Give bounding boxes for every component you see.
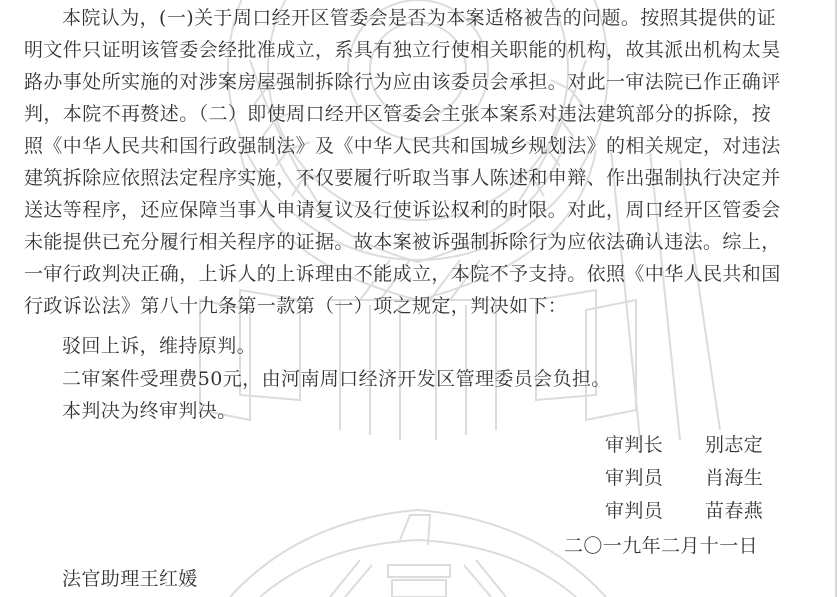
judge-assistant: 法官助理王红媛 [62, 568, 198, 590]
document-page: 本院认为，(一)关于周口经开区管委会是否为本案适格被告的问题。按照其提供的证 明… [0, 0, 837, 597]
body-line: 判，本院不再赘述。（二）即使周口经开区管委会主张本案系对违法建筑部分的拆除，按 [24, 103, 771, 125]
body-line: 路办事处所实施的对涉案房屋强制拆除行为应由该委员会承担。对此一审法院已作正确评 [24, 71, 781, 93]
signature-name: 苗春燕 [705, 500, 763, 522]
judgment-date: 二〇一九年二月十一日 [564, 535, 758, 557]
ruling-line: 二审案件受理费50元，由河南周口经济开发区管理委员会负担。 [62, 368, 611, 390]
body-line: 一审行政判决正确，上诉人的上诉理由不能成立，本院不予支持。依照《中华人民共和国 [24, 263, 781, 285]
body-line: 未能提供已充分履行相关程序的证据。故本案被诉强制拆除行为应依法确认违法。综上， [24, 231, 781, 253]
ruling-line: 驳回上诉，维持原判。 [62, 335, 256, 357]
body-line: 明文件只证明该管委会经批准成立，系具有独立行使相关职能的机构，故其派出机构太昊 [24, 39, 781, 61]
body-line: 本院认为，(一)关于周口经开区管委会是否为本案适格被告的问题。按照其提供的证 [62, 7, 776, 29]
body-line: 行政诉讼法》第八十九条第一款第（一）项之规定，判决如下： [24, 295, 567, 317]
signature-name: 别志定 [705, 434, 763, 456]
signature-role: 审判员 [605, 500, 663, 522]
signature-role: 审判员 [605, 467, 663, 489]
body-line: 照《中华人民共和国行政强制法》及《中华人民共和国城乡规划法》的相关规定，对违法 [24, 135, 781, 157]
body-line: 送达等程序，还应保障当事人申请复议及行使诉讼权利的时限。对此，周口经开区管委会 [24, 199, 781, 221]
ruling-line: 本判决为终审判决。 [62, 400, 237, 422]
signature-name: 肖海生 [705, 467, 763, 489]
signature-role: 审判长 [605, 434, 663, 456]
body-line: 建筑拆除应依照法定程序实施，不仅要履行听取当事人陈述和申辩、作出强制执行决定并 [24, 167, 781, 189]
